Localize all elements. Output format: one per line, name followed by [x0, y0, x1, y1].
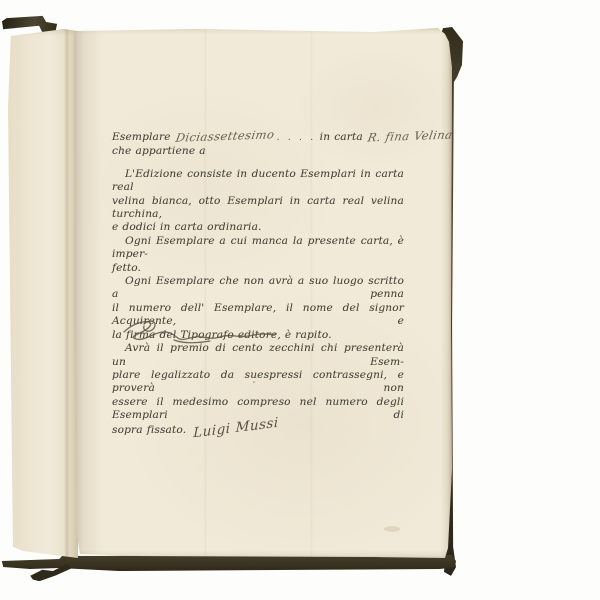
- paragraph-line: sopra fissato.: [112, 424, 186, 436]
- book-cover-bottom-edge: [0, 555, 456, 575]
- limitation-text-block: EsemplareDiciassettesimo. . . . in carta…: [112, 130, 404, 437]
- header-line-1: EsemplareDiciassettesimo. . . . in carta…: [112, 130, 404, 145]
- printed-esemplare-label: Esemplare: [112, 131, 171, 143]
- header-line-2: che appartiene a: [112, 145, 404, 158]
- left-page-edge: [8, 28, 78, 558]
- paragraph-line: velina bianca, otto Esemplari in carta r…: [112, 195, 404, 222]
- paragraph-line: e dodici in carta ordinaria.: [112, 221, 404, 234]
- signature-flourish: [114, 316, 284, 346]
- paragraph-line-with-signature: sopra fissato.Luigi Mussi: [112, 423, 404, 437]
- printed-in-carta-label: in carta: [320, 131, 363, 143]
- paper-smudge: [384, 526, 400, 532]
- paragraph-line: Avrà il premio di cento zecchini chi pre…: [112, 342, 404, 369]
- book-spine-top-edge: [2, 14, 60, 33]
- paragraph-line: fetto.: [112, 262, 404, 275]
- paragraph-line: L'Edizione consiste in ducento Esemplari…: [112, 168, 404, 195]
- handwritten-copy-number: Diciassettesimo: [174, 128, 275, 145]
- book-photograph: EsemplareDiciassettesimo. . . . in carta…: [0, 0, 600, 600]
- paragraph-line: plare legalizzato da suespressi contrass…: [112, 369, 404, 396]
- paragraph-line: Ogni Esemplare a cui manca la presente c…: [112, 235, 404, 262]
- paragraph-line: Ogni Esemplare che non avrà a suo luogo …: [112, 275, 404, 302]
- printed-dots: . . . .: [277, 133, 316, 143]
